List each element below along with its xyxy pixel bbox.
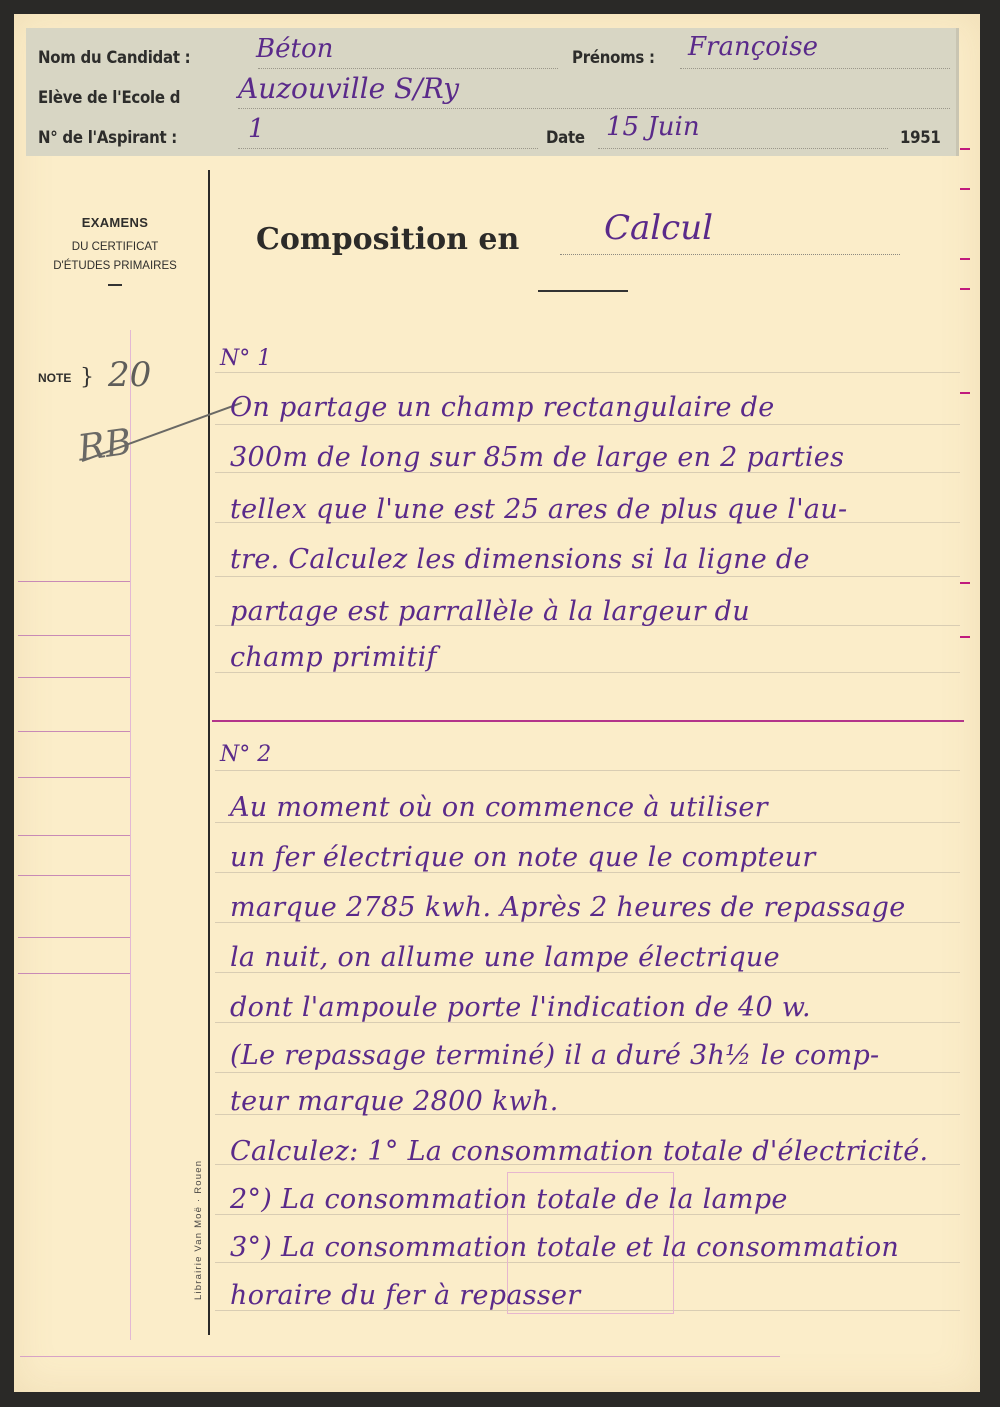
exam-subtitle-1: DU CERTIFICAT	[30, 238, 200, 257]
problem-2-line: la nuit, on allume une lampe électrique	[230, 942, 780, 973]
dotted-line	[238, 148, 538, 149]
ruled-line	[215, 770, 960, 771]
tick-mark	[960, 582, 970, 584]
first-names-value: Françoise	[688, 32, 818, 62]
school-value: Auzouville S/Ry	[238, 72, 459, 105]
date-value: 15 Juin	[606, 112, 700, 142]
problem-2-line: 2°) La consommation totale de la lampe	[230, 1184, 788, 1215]
problem-2-number: N° 2	[220, 742, 271, 767]
problem-2-line: teur marque 2800 kwh.	[230, 1086, 559, 1117]
margin-rule	[18, 973, 130, 974]
column-divider	[208, 170, 210, 1335]
tick-mark	[960, 636, 970, 638]
problem-1-line: champ primitif	[230, 642, 437, 673]
problem-2-line: horaire du fer à repasser	[230, 1280, 581, 1311]
exam-subtitle: DU CERTIFICAT D'ÉTUDES PRIMAIRES	[30, 238, 200, 276]
tick-mark	[960, 258, 970, 260]
tick-mark	[960, 288, 970, 290]
date-label: Date	[546, 128, 585, 148]
note-score: 20	[108, 355, 151, 395]
problem-1-line: tre. Calculez les dimensions si la ligne…	[230, 544, 810, 575]
dotted-line	[680, 68, 950, 69]
first-names-label: Prénoms :	[572, 48, 655, 68]
candidate-row: Nom du Candidat : Béton Prénoms : Franço…	[38, 34, 944, 74]
composition-title: Composition en	[256, 222, 519, 257]
dotted-line	[560, 254, 900, 255]
school-row: Elève de l'Ecole d Auzouville S/Ry	[38, 74, 944, 114]
margin-rule	[18, 677, 130, 678]
ruled-line	[215, 372, 960, 373]
problem-2-line: (Le repassage terminé) il a duré 3h½ le …	[230, 1040, 879, 1071]
margin-rule	[18, 937, 130, 938]
ruled-line	[215, 424, 960, 425]
problem-2-line: 3°) La consommation totale et la consomm…	[230, 1232, 899, 1263]
aspirant-label: N° de l'Aspirant :	[38, 128, 177, 148]
problem-1-line: On partage un champ rectangulaire de	[230, 392, 775, 423]
problem-1-line: tellex que l'une est 25 ares de plus que…	[230, 494, 847, 525]
school-label: Elève de l'Ecole d	[38, 88, 180, 108]
margin-rule	[18, 581, 130, 582]
margin-rule	[18, 635, 130, 636]
margin-rule	[18, 777, 130, 778]
aspirant-value: 1	[248, 114, 265, 144]
candidate-label: Nom du Candidat :	[38, 48, 190, 68]
exam-block: EXAMENS DU CERTIFICAT D'ÉTUDES PRIMAIRES	[30, 215, 200, 286]
margin-rule	[18, 835, 130, 836]
candidate-name: Béton	[256, 34, 333, 64]
margin-rule	[18, 731, 130, 732]
composition-subject: Calcul	[604, 208, 713, 248]
margin-rule	[18, 875, 130, 876]
problem-2-line: Au moment où on commence à utiliser	[230, 792, 768, 823]
title-underline	[538, 290, 628, 292]
printer-mark: Librairie Van Moë · Rouen	[193, 1160, 204, 1300]
exam-title: EXAMENS	[30, 215, 200, 230]
tick-mark	[960, 392, 970, 394]
problem-1-line: partage est parrallèle à la largeur du	[230, 596, 750, 627]
year: 1951	[900, 128, 941, 148]
dotted-line	[258, 68, 558, 69]
problem-2-line: un fer électrique on note que le compteu…	[230, 842, 816, 873]
aspirant-row: N° de l'Aspirant : 1 Date 15 Juin 1951	[38, 114, 944, 154]
dotted-line	[238, 108, 950, 109]
brace-icon: }	[80, 365, 94, 390]
candidate-header: Nom du Candidat : Béton Prénoms : Franço…	[26, 28, 959, 156]
tick-mark	[960, 148, 970, 150]
section-divider	[212, 720, 964, 722]
problem-2-line: marque 2785 kwh. Après 2 heures de repas…	[230, 892, 906, 923]
margin-line	[130, 330, 131, 1340]
dash	[108, 284, 122, 286]
problem-1-number: N° 1	[220, 346, 271, 371]
ruled-line	[215, 1072, 960, 1073]
problem-2-line: Calculez: 1° La consommation totale d'él…	[230, 1136, 928, 1167]
problem-1-line: 300m de long sur 85m de large en 2 parti…	[230, 442, 844, 473]
dotted-line	[598, 148, 888, 149]
tick-mark	[960, 188, 970, 190]
note-label: NOTE	[38, 371, 71, 385]
exam-subtitle-2: D'ÉTUDES PRIMAIRES	[30, 257, 200, 276]
ruled-line	[215, 576, 960, 577]
problem-2-line: dont l'ampoule porte l'indication de 40 …	[230, 992, 811, 1023]
bottom-rule	[20, 1356, 780, 1357]
